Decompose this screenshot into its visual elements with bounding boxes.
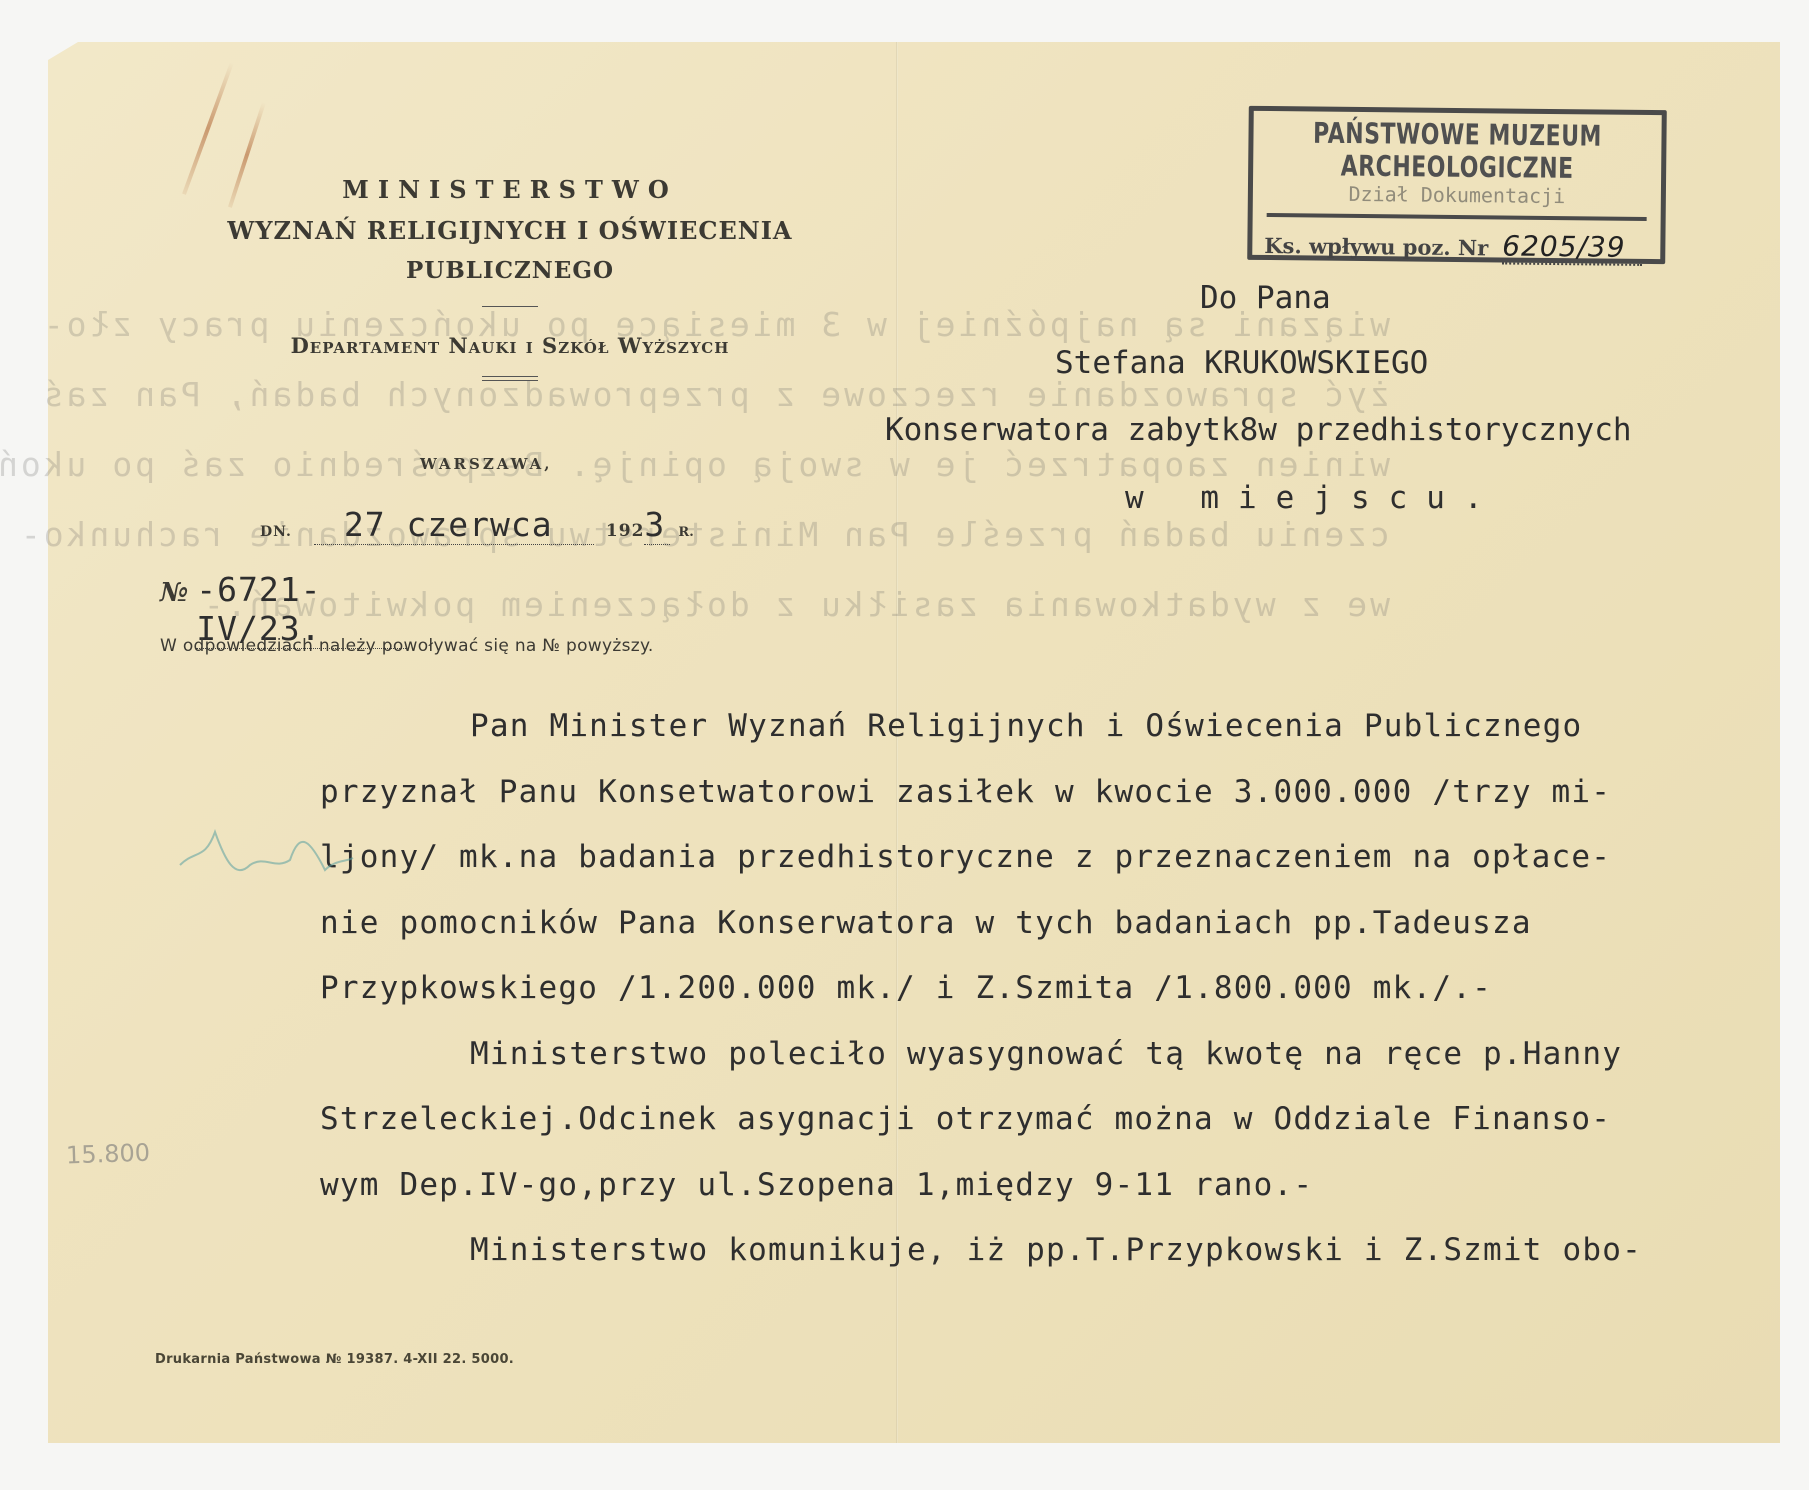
body-line: przyznał Panu Konsetwatorowi zasiłek w k… [320,774,1780,840]
stamp-divider [1267,213,1647,221]
body-line: Strzeleckiej.Odcinek asygnacji otrzymać … [320,1101,1780,1167]
date-day-month: 27 czerwca [314,505,594,545]
stamp-registry-number: 6205/39 [1502,229,1642,265]
year-suffix: R. [678,525,693,540]
body-line: nie pomocników Pana Konserwatora w tych … [320,905,1780,971]
letterhead-divider-double [482,376,538,381]
body-line: Ministerstwo komunikuje, iż pp.T.Przypko… [320,1232,1780,1298]
stamp-registry-row: Ks. wpływu poz. Nr 6205/39 [1264,227,1660,266]
letterhead-department: Departament Nauki i Szkół Wyższych [150,333,870,358]
place-name: WARSZAWA, [420,455,552,473]
letterhead-ministry-name-cont: PUBLICZNEGO [150,257,870,284]
letterhead: MINISTERSTWO WYZNAŃ RELIGIJNYCH I OŚWIEC… [150,175,870,381]
letterhead-ministry: MINISTERSTWO [150,175,870,204]
year-prefix: 192 [606,521,645,541]
handwritten-initials [175,820,355,890]
address-recipient-title: Konserwatora zabytk8w przedhistorycznych [885,412,1632,448]
address-salutation: Do Pana [1200,280,1331,316]
body-line: wym Dep.IV-go,przy ul.Szopena 1,między 9… [320,1167,1780,1233]
stamp-title: PAŃSTWOWE MUZEUM ARCHEOLOGICZNE [1253,117,1662,186]
printer-imprint: Drukarnia Państwowa № 19387. 4-XII 22. 5… [155,1352,514,1367]
letterhead-divider [482,306,538,307]
date-line: DN. 27 czerwca 192 3 R. [260,505,694,545]
address-recipient-name: Stefana KRUKOWSKIEGO [1055,345,1428,381]
address-location: w miejscu. [1125,480,1502,516]
stamp-registry-label: Ks. wpływu poz. Nr [1264,233,1488,260]
museum-registry-stamp: PAŃSTWOWE MUZEUM ARCHEOLOGICZNE Dział Do… [1247,106,1667,264]
body-line: Przypkowskiego /1.200.000 mk./ i Z.Szmit… [320,970,1780,1036]
pencil-annotation: 15.800 [66,1139,151,1170]
body-line: Ministerstwo poleciło wyasygnować tą kwo… [320,1036,1780,1102]
reference-note: W odpowiedziach należy powoływać się na … [160,636,654,656]
body-line: ljony/ mk.na badania przedhistoryczne z … [320,839,1780,905]
letterhead-ministry-name: WYZNAŃ RELIGIJNYCH I OŚWIECENIA [150,216,870,245]
date-prefix: DN. [260,524,292,540]
letter-body: Pan Minister Wyznań Religijnych i Oświec… [320,708,1780,1298]
body-line: Pan Minister Wyznań Religijnych i Oświec… [320,708,1780,774]
numero-sign: № [160,578,188,608]
year-digit: 3 [644,505,670,545]
